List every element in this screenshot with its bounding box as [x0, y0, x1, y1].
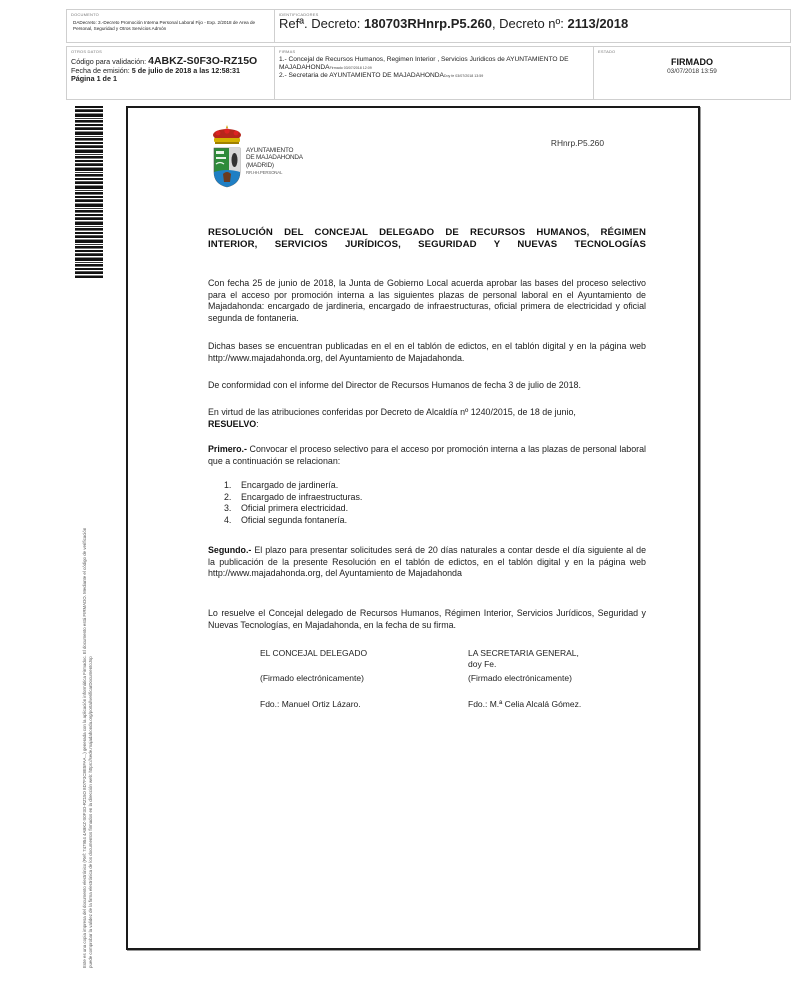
- resuelvo-heading: RESUELVO: [208, 419, 256, 429]
- institution-line: AYUNTAMIENTO: [246, 147, 303, 154]
- paragraph-closing: Lo resuelve el Concejal delegado de Recu…: [208, 608, 646, 631]
- barcode: [75, 106, 103, 278]
- firma-note: Firmado 03/07/2018 12:09: [330, 66, 372, 70]
- positions-list: 1.Encargado de jardinería. 2.Encargado d…: [224, 480, 362, 526]
- institution-line: DE MAJADAHONDA: [246, 154, 303, 161]
- list-number: 1.: [224, 480, 241, 492]
- decree-ref-label: Refª. Decreto:: [279, 16, 364, 31]
- verification-note-line1: Este es una copia impresa del documento …: [82, 528, 87, 968]
- paragraph-publication: Dichas bases se encuentran publicadas en…: [208, 341, 646, 364]
- institution-name: AYUNTAMIENTO DE MAJADAHONDA (MADRID) RR.…: [246, 147, 303, 177]
- title-line: INTERIOR, SERVICIOS JURÍDICOS, SEGURIDAD…: [208, 239, 646, 251]
- header-row-details: OTROS DATOS Código para validación: 4ABK…: [66, 46, 791, 100]
- primero-text: Convocar el proceso selectivo para el ac…: [208, 444, 646, 466]
- list-number: 4.: [224, 515, 241, 527]
- document-page: AYUNTAMIENTO DE MAJADAHONDA (MADRID) RR.…: [126, 106, 700, 950]
- status-date: 03/07/2018 13:59: [598, 68, 786, 75]
- documento-description: DADecreto: 3.-Decreto Promoción Interna …: [71, 20, 270, 31]
- segundo-text: El plazo para presentar solicitudes será…: [208, 545, 646, 578]
- firma-item: 2.- Secretaria de AYUNTAMIENTO DE MAJADA…: [279, 72, 589, 81]
- list-text: Encargado de infraestructuras.: [241, 492, 362, 504]
- decree-number-label: , Decreto nº:: [492, 16, 568, 31]
- estado-caption: ESTADO: [598, 49, 786, 54]
- documento-cell: DOCUMENTO DADecreto: 3.-Decreto Promoció…: [67, 10, 274, 42]
- department-label: RR.HH.PERSONAL: [246, 169, 303, 176]
- list-item: 1.Encargado de jardinería.: [224, 480, 362, 492]
- list-number: 3.: [224, 503, 241, 515]
- paragraph-background: Con fecha 25 de junio de 2018, la Junta …: [208, 278, 646, 324]
- institution-line: (MADRID): [246, 162, 303, 169]
- authority-text: En virtud de las atribuciones conferidas…: [208, 407, 576, 417]
- verification-note-line2: puede comprobar la validez de la firma e…: [88, 656, 93, 968]
- coat-of-arms-icon: [212, 124, 242, 188]
- list-text: Oficial primera electricidad.: [241, 503, 348, 515]
- status-badge: FIRMADO: [598, 57, 786, 67]
- list-item: 2.Encargado de infraestructuras.: [224, 492, 362, 504]
- document-reference: RHnrp.P5.260: [551, 138, 604, 148]
- documento-caption: DOCUMENTO: [71, 12, 270, 17]
- firma-note: Doy fe 03/07/2018 13:59: [444, 74, 483, 78]
- otros-datos-caption: OTROS DATOS: [71, 49, 270, 54]
- list-text: Encargado de jardinería.: [241, 480, 338, 492]
- paragraph-report: De conformidad con el informe del Direct…: [208, 380, 646, 392]
- header-row-identification: DOCUMENTO DADecreto: 3.-Decreto Promoció…: [66, 9, 791, 43]
- list-number: 2.: [224, 492, 241, 504]
- paragraph-authority: En virtud de las atribuciones conferidas…: [208, 407, 646, 430]
- signer-left-name: Fdo.: Manuel Ortiz Lázaro.: [260, 699, 361, 710]
- primero-label: Primero.-: [208, 444, 247, 454]
- signer-right-role: LA SECRETARIA GENERAL,: [468, 648, 579, 659]
- resolution-title: RESOLUCIÓN DEL CONCEJAL DELEGADO DE RECU…: [208, 227, 646, 251]
- otros-datos-content: Código para validación: 4ABKZ-S0F3O-RZ15…: [71, 57, 270, 84]
- firma-text: 2.- Secretaria de AYUNTAMIENTO DE MAJADA…: [279, 72, 444, 79]
- identificadores-cell: IDENTIFICADORES Refª. Decreto: 180703RHn…: [274, 10, 790, 42]
- firmas-list: 1.- Concejal de Recursos Humanos, Regime…: [279, 56, 589, 81]
- firmas-cell: FIRMAS 1.- Concejal de Recursos Humanos,…: [274, 47, 593, 99]
- firma-text: 1.- Concejal de Recursos Humanos, Regime…: [279, 56, 569, 71]
- decree-identifier: Refª. Decreto: 180703RHnrp.P5.260, Decre…: [279, 17, 786, 31]
- signer-right-doyfe: doy Fe.: [468, 659, 496, 670]
- signer-right-signed: (Firmado electrónicamente): [468, 673, 572, 684]
- decree-ref-value: 180703RHnrp.P5.260: [364, 16, 492, 31]
- issue-date-value: 5 de julio de 2018 a las 12:58:31: [132, 66, 240, 75]
- resuelvo-suffix: :: [256, 419, 258, 429]
- firmas-caption: FIRMAS: [279, 49, 589, 54]
- estado-cell: ESTADO FIRMADO 03/07/2018 13:59: [593, 47, 790, 99]
- decree-number-value: 2113/2018: [568, 16, 629, 31]
- paragraph-segundo: Segundo.- El plazo para presentar solici…: [208, 545, 646, 580]
- otros-datos-cell: OTROS DATOS Código para validación: 4ABK…: [67, 47, 274, 99]
- segundo-label: Segundo.-: [208, 545, 251, 555]
- list-text: Oficial segunda fontanería.: [241, 515, 347, 527]
- signer-left-signed: (Firmado electrónicamente): [260, 673, 364, 684]
- page-count-value: Página 1 de 1: [71, 74, 117, 83]
- list-item: 3.Oficial primera electricidad.: [224, 503, 362, 515]
- title-line: RESOLUCIÓN DEL CONCEJAL DELEGADO DE RECU…: [208, 227, 646, 239]
- signer-left-role: EL CONCEJAL DELEGADO: [260, 648, 367, 659]
- paragraph-primero: Primero.- Convocar el proceso selectivo …: [208, 444, 646, 467]
- list-item: 4.Oficial segunda fontanería.: [224, 515, 362, 527]
- signer-right-name: Fdo.: M.ª Celia Alcalá Gómez.: [468, 699, 581, 710]
- firma-item: 1.- Concejal de Recursos Humanos, Regime…: [279, 56, 589, 72]
- page-count: Página 1 de 1: [71, 75, 270, 84]
